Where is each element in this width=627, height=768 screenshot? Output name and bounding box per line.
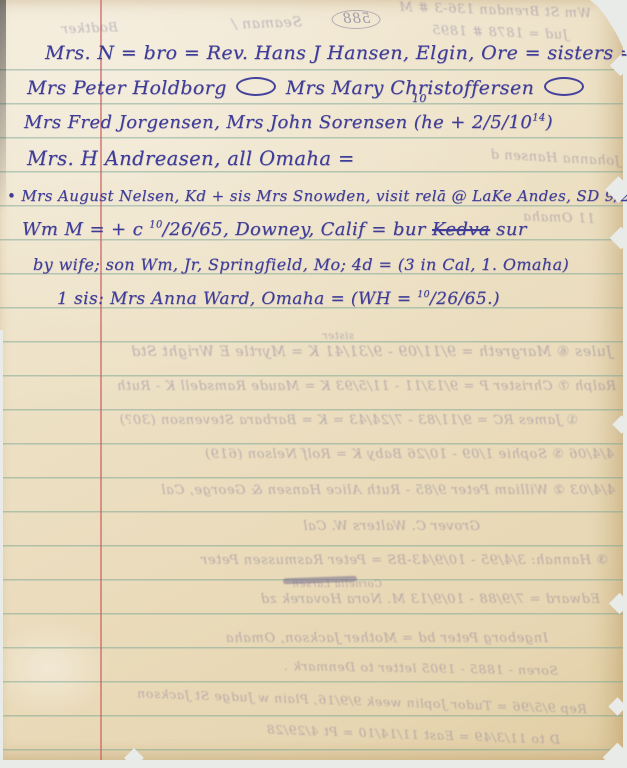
handwriting-text: 14 <box>532 113 545 124</box>
handwriting-text: /26/65.) <box>430 289 500 309</box>
handwriting-text: Mrs Peter Holdborg <box>27 77 233 99</box>
handwriting-line: Mrs. H Andreasen, all Omaha = <box>27 147 355 170</box>
handwriting-text: /26/65, Downey, Calif = bur <box>163 219 432 240</box>
handwriting-text: sur <box>490 219 527 240</box>
handwriting-text: Wm M = + c <box>22 219 149 240</box>
handwriting-text: by wife; son Wm, Jr, Springfield, Mo; 4d… <box>33 255 569 274</box>
handwriting-line: 10 <box>412 92 427 105</box>
left-edge-sliver <box>0 330 3 768</box>
handwriting-text: ) <box>546 112 553 133</box>
handwriting-text: • Mrs August Nelsen, Kd + sis Mrs Snowde… <box>7 187 627 205</box>
scanned-notebook-page: Wm St Brendan 136-3 # MJud = 1878 # 1895… <box>0 0 627 768</box>
handwriting-line: Mrs Fred Jorgensen, Mrs John Sorensen (h… <box>24 112 553 133</box>
handwriting-line: • Mrs August Nelsen, Kd + sis Mrs Snowde… <box>7 187 627 205</box>
handwriting-text: 10 <box>412 92 427 105</box>
handwriting-line: Mrs. N = bro = Rev. Hans J Hansen, Elgin… <box>45 42 627 64</box>
hand-drawn-oval <box>544 77 584 96</box>
handwriting-text: Mrs Fred Jorgensen, Mrs John Sorensen (h… <box>24 112 532 133</box>
handwriting-line: Wm M = + c 10/26/65, Downey, Calif = bur… <box>22 219 527 240</box>
handwriting-text: Mrs Mary Christoffersen <box>279 77 540 99</box>
handwriting-line: by wife; son Wm, Jr, Springfield, Mo; 4d… <box>33 255 569 274</box>
handwriting-line: 1 sis: Mrs Anna Ward, Omaha = (WH = 10/2… <box>57 289 500 309</box>
handwriting-text: 1 sis: Mrs Anna Ward, Omaha = (WH = <box>57 289 417 309</box>
handwriting-text: 10 <box>149 220 162 231</box>
handwriting-text: Mrs. N = bro = Rev. Hans J Hansen, Elgin… <box>45 42 627 64</box>
handwriting-text: Mrs. H Andreasen, all Omaha = <box>27 147 355 170</box>
paper-sheet: Wm St Brendan 136-3 # MJud = 1878 # 1895… <box>0 0 623 760</box>
handwriting-layer: Mrs. N = bro = Rev. Hans J Hansen, Elgin… <box>0 0 623 760</box>
handwriting-line: Mrs Peter Holdborg Mrs Mary Christoffers… <box>27 77 587 99</box>
left-edge-shadow <box>0 0 6 215</box>
hand-drawn-oval <box>236 77 276 96</box>
handwriting-text: Kedva <box>432 219 490 240</box>
handwriting-text: 10 <box>417 289 430 300</box>
